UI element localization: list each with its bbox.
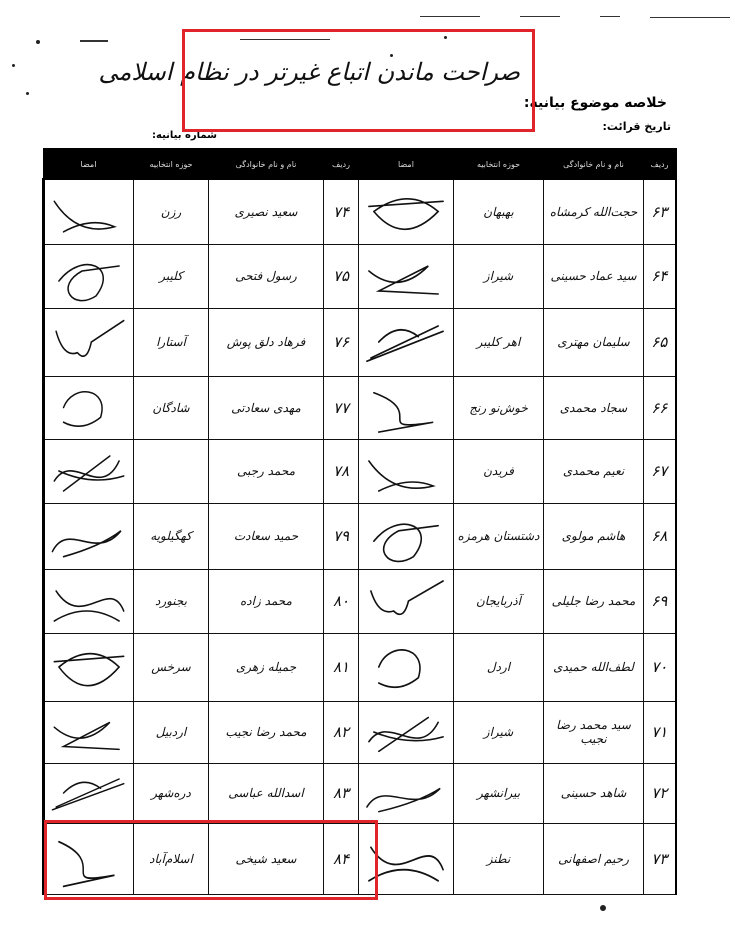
constituency-cell: دشتستان هرمزه bbox=[454, 503, 544, 569]
row-number-cell: ۷۳ bbox=[644, 823, 676, 894]
handwritten-signature-icon bbox=[45, 635, 133, 699]
constituency-cell: شیراز bbox=[454, 701, 544, 763]
handwritten-signature-icon bbox=[45, 571, 133, 631]
row-number-cell: ۷۵ bbox=[324, 244, 359, 308]
table-row: ۷۰لطف‌الله حمیدیاردل۸۱جمیله زهریسرخس bbox=[44, 633, 676, 701]
handwritten-signature-icon bbox=[45, 310, 133, 374]
row-number-cell: ۷۷ bbox=[324, 376, 359, 439]
handwritten-signature-icon bbox=[359, 571, 453, 631]
handwritten-signature-icon bbox=[359, 505, 453, 567]
col-header-name: نام و نام خانوادگی bbox=[544, 149, 644, 179]
signature-cell bbox=[359, 179, 454, 244]
handwritten-signature-icon bbox=[359, 181, 453, 242]
constituency-cell: بهبهان bbox=[454, 179, 544, 244]
row-number-cell: ۶۸ bbox=[644, 503, 676, 569]
handwritten-signature-icon bbox=[359, 703, 453, 761]
member-name-cell: رحیم اصفهانی bbox=[544, 823, 644, 894]
member-name-cell: جمیله زهری bbox=[209, 633, 324, 701]
handwritten-signature-icon bbox=[45, 378, 133, 437]
row-number-cell: ۷۲ bbox=[644, 763, 676, 823]
constituency-cell: کهگیلویه bbox=[134, 503, 209, 569]
row-number-cell: ۶۵ bbox=[644, 308, 676, 376]
constituency-cell: دره‌شهر bbox=[134, 763, 209, 823]
handwritten-signature-icon bbox=[359, 635, 453, 699]
constituency-cell: کلیبر bbox=[134, 244, 209, 308]
member-name-cell: لطف‌الله حمیدی bbox=[544, 633, 644, 701]
handwritten-signature-icon bbox=[45, 441, 133, 501]
constituency-cell: اردبیل bbox=[134, 701, 209, 763]
signature-cell bbox=[44, 376, 134, 439]
table-row: ۶۵سلیمان مهتریاهر کلیبر۷۶فرهاد دلق پوشآس… bbox=[44, 308, 676, 376]
row-number-cell: ۶۶ bbox=[644, 376, 676, 439]
constituency-cell: خوش‌نو رنج bbox=[454, 376, 544, 439]
handwritten-signature-icon bbox=[45, 181, 133, 242]
scan-dash bbox=[650, 17, 730, 18]
member-name-cell: نعیم محمدی bbox=[544, 439, 644, 503]
constituency-cell: اردل bbox=[454, 633, 544, 701]
handwritten-signature-icon bbox=[359, 441, 453, 501]
table-row: ۶۸هاشم مولویدشتستان هرمزه۷۹حمید سعادتکهگ… bbox=[44, 503, 676, 569]
constituency-cell bbox=[134, 439, 209, 503]
col-header-signature: امضا bbox=[359, 149, 454, 179]
constituency-cell: نطنز bbox=[454, 823, 544, 894]
signature-cell bbox=[359, 439, 454, 503]
scan-speck bbox=[36, 40, 40, 44]
scan-dash bbox=[600, 16, 620, 17]
signature-cell bbox=[359, 244, 454, 308]
col-header-name: نام و نام خانوادگی bbox=[209, 149, 324, 179]
table-row: ۷۱سید محمد رضا نجیبشیراز۸۲محمد رضا نجیبا… bbox=[44, 701, 676, 763]
row-number-cell: ۷۸ bbox=[324, 439, 359, 503]
constituency-cell: شادگان bbox=[134, 376, 209, 439]
signature-cell bbox=[44, 308, 134, 376]
member-name-cell: سعید نصیری bbox=[209, 179, 324, 244]
constituency-cell: بیرانشهر bbox=[454, 763, 544, 823]
signature-cell bbox=[359, 376, 454, 439]
table-header-row: ردیف نام و نام خانوادگی حوزه انتخابیه ام… bbox=[44, 149, 676, 179]
signature-cell bbox=[44, 701, 134, 763]
table-row: ۶۶سجاد محمدیخوش‌نو رنج۷۷مهدی سعادتیشادگا… bbox=[44, 376, 676, 439]
col-header-row-number: ردیف bbox=[644, 149, 676, 179]
handwritten-signature-icon bbox=[359, 378, 453, 437]
member-name-cell: محمد رضا نجیب bbox=[209, 701, 324, 763]
constituency-cell: آذربایجان bbox=[454, 569, 544, 633]
member-name-cell: محمد رضا جلیلی bbox=[544, 569, 644, 633]
scan-dash bbox=[80, 40, 108, 42]
constituency-cell: شیراز bbox=[454, 244, 544, 308]
scanned-petition-page: خلاصه موضوع بیانیه: تاریخ قرائت: شماره ب… bbox=[0, 0, 735, 943]
scan-speck bbox=[26, 92, 29, 95]
table-row: ۶۴سید عماد حسینیشیراز۷۵رسول فتحیکلیبر bbox=[44, 244, 676, 308]
table-row: ۷۲شاهد حسینیبیرانشهر۸۳اسدالله عباسیدره‌ش… bbox=[44, 763, 676, 823]
row-number-cell: ۷۶ bbox=[324, 308, 359, 376]
member-name-cell: فرهاد دلق پوش bbox=[209, 308, 324, 376]
row-number-cell: ۶۳ bbox=[644, 179, 676, 244]
table-row: ۶۷نعیم محمدیفریدن۷۸محمد رجبی bbox=[44, 439, 676, 503]
signature-cell bbox=[44, 569, 134, 633]
constituency-cell: اهر کلیبر bbox=[454, 308, 544, 376]
row-number-cell: ۶۹ bbox=[644, 569, 676, 633]
signature-cell bbox=[359, 701, 454, 763]
col-header-zone: حوزه انتخابیه bbox=[134, 149, 209, 179]
signature-cell bbox=[359, 763, 454, 823]
signature-cell bbox=[44, 503, 134, 569]
handwritten-signature-icon bbox=[359, 765, 453, 821]
signature-cell bbox=[359, 569, 454, 633]
member-name-cell: محمد زاده bbox=[209, 569, 324, 633]
row-number-cell: ۷۱ bbox=[644, 701, 676, 763]
scan-dash bbox=[520, 16, 560, 17]
summary-label: خلاصه موضوع بیانیه: bbox=[524, 95, 667, 111]
signature-cell bbox=[44, 244, 134, 308]
handwritten-signature-icon bbox=[45, 765, 133, 821]
member-name-cell: اسدالله عباسی bbox=[209, 763, 324, 823]
signature-cell bbox=[359, 308, 454, 376]
handwritten-signature-icon bbox=[45, 703, 133, 761]
col-header-signature: امضا bbox=[44, 149, 134, 179]
row-number-cell: ۷۹ bbox=[324, 503, 359, 569]
member-name-cell: محمد رجبی bbox=[209, 439, 324, 503]
member-name-cell: سلیمان مهتری bbox=[544, 308, 644, 376]
signature-cell bbox=[44, 763, 134, 823]
handwritten-signature-icon bbox=[359, 310, 453, 374]
signature-cell bbox=[359, 633, 454, 701]
table-row: ۶۹محمد رضا جلیلیآذربایجان۸۰محمد زادهبجنو… bbox=[44, 569, 676, 633]
signature-cell bbox=[44, 633, 134, 701]
row-number-cell: ۷۴ bbox=[324, 179, 359, 244]
signature-table: ردیف نام و نام خانوادگی حوزه انتخابیه ام… bbox=[42, 148, 677, 895]
table-row: ۶۳حجت‌الله کرمشاهبهبهان۷۴سعید نصیریرزن bbox=[44, 179, 676, 244]
handwritten-signature-icon bbox=[45, 246, 133, 306]
member-name-cell: سجاد محمدی bbox=[544, 376, 644, 439]
row-number-cell: ۸۰ bbox=[324, 569, 359, 633]
member-name-cell: شاهد حسینی bbox=[544, 763, 644, 823]
row-number-cell: ۸۲ bbox=[324, 701, 359, 763]
member-name-cell: سید محمد رضا نجیب bbox=[544, 701, 644, 763]
handwritten-signature-icon bbox=[359, 246, 453, 306]
signature-cell bbox=[44, 439, 134, 503]
member-name-cell: هاشم مولوی bbox=[544, 503, 644, 569]
reading-date-label: تاریخ قرائت: bbox=[603, 120, 671, 133]
constituency-cell: رزن bbox=[134, 179, 209, 244]
member-name-cell: مهدی سعادتی bbox=[209, 376, 324, 439]
row-number-cell: ۸۳ bbox=[324, 763, 359, 823]
highlight-box-subject bbox=[182, 29, 535, 132]
member-name-cell: حمید سعادت bbox=[209, 503, 324, 569]
member-name-cell: رسول فتحی bbox=[209, 244, 324, 308]
row-number-cell: ۷۰ bbox=[644, 633, 676, 701]
constituency-cell: بجنورد bbox=[134, 569, 209, 633]
signature-cell bbox=[359, 503, 454, 569]
col-header-row-number: ردیف bbox=[324, 149, 359, 179]
row-number-cell: ۶۴ bbox=[644, 244, 676, 308]
member-name-cell: حجت‌الله کرمشاه bbox=[544, 179, 644, 244]
highlight-box-row-84 bbox=[44, 820, 378, 900]
constituency-cell: سرخس bbox=[134, 633, 209, 701]
constituency-cell: آستارا bbox=[134, 308, 209, 376]
row-number-cell: ۸۱ bbox=[324, 633, 359, 701]
member-name-cell: سید عماد حسینی bbox=[544, 244, 644, 308]
handwritten-signature-icon bbox=[45, 505, 133, 567]
row-number-cell: ۶۷ bbox=[644, 439, 676, 503]
scan-speck bbox=[600, 905, 606, 911]
constituency-cell: فریدن bbox=[454, 439, 544, 503]
signature-cell bbox=[44, 179, 134, 244]
scan-dash bbox=[420, 16, 480, 17]
col-header-zone: حوزه انتخابیه bbox=[454, 149, 544, 179]
scan-speck bbox=[12, 64, 15, 67]
